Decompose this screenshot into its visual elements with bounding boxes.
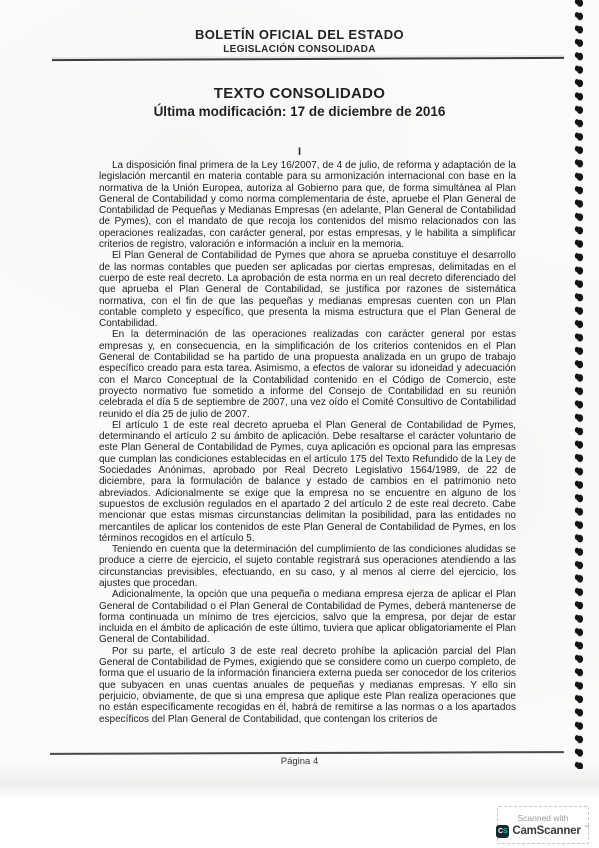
paragraph: Por su parte, el artículo 3 de este real…: [99, 646, 516, 725]
scan-bottom-shadow: [0, 763, 599, 800]
page-number: Página 4: [0, 756, 599, 767]
camscanner-scanned-with-label: Scanned with: [517, 813, 568, 823]
camscanner-badge: Scanned with CS CamScanner ™: [497, 806, 589, 844]
paragraph: En la determinación de las operaciones r…: [99, 329, 516, 419]
paragraph: Adicionalmente, la opción que una pequeñ…: [99, 589, 516, 645]
document-body: La disposición final primera de la Ley 1…: [99, 160, 516, 725]
document-title: TEXTO CONSOLIDADO: [0, 85, 599, 102]
boe-header-subtitle: LEGISLACIÓN CONSOLIDADA: [0, 44, 599, 55]
boe-header-title: BOLETÍN OFICIAL DEL ESTADO: [0, 27, 599, 42]
camscanner-logo-icon: CS: [496, 825, 509, 838]
section-heading: I: [0, 146, 599, 158]
paragraph: El artículo 1 de este real decreto aprue…: [99, 420, 516, 544]
camscanner-app-name: CamScanner: [512, 825, 580, 837]
camscanner-logo-s: S: [503, 828, 508, 835]
camscanner-tm-mark: ™: [584, 825, 590, 831]
paragraph: La disposición final primera de la Ley 1…: [99, 160, 516, 250]
document-subtitle: Última modificación: 17 de diciembre de …: [0, 104, 599, 119]
paragraph: El Plan General de Contabilidad de Pymes…: [99, 250, 516, 329]
paragraph: Teniendo en cuenta que la determinación …: [99, 544, 516, 589]
